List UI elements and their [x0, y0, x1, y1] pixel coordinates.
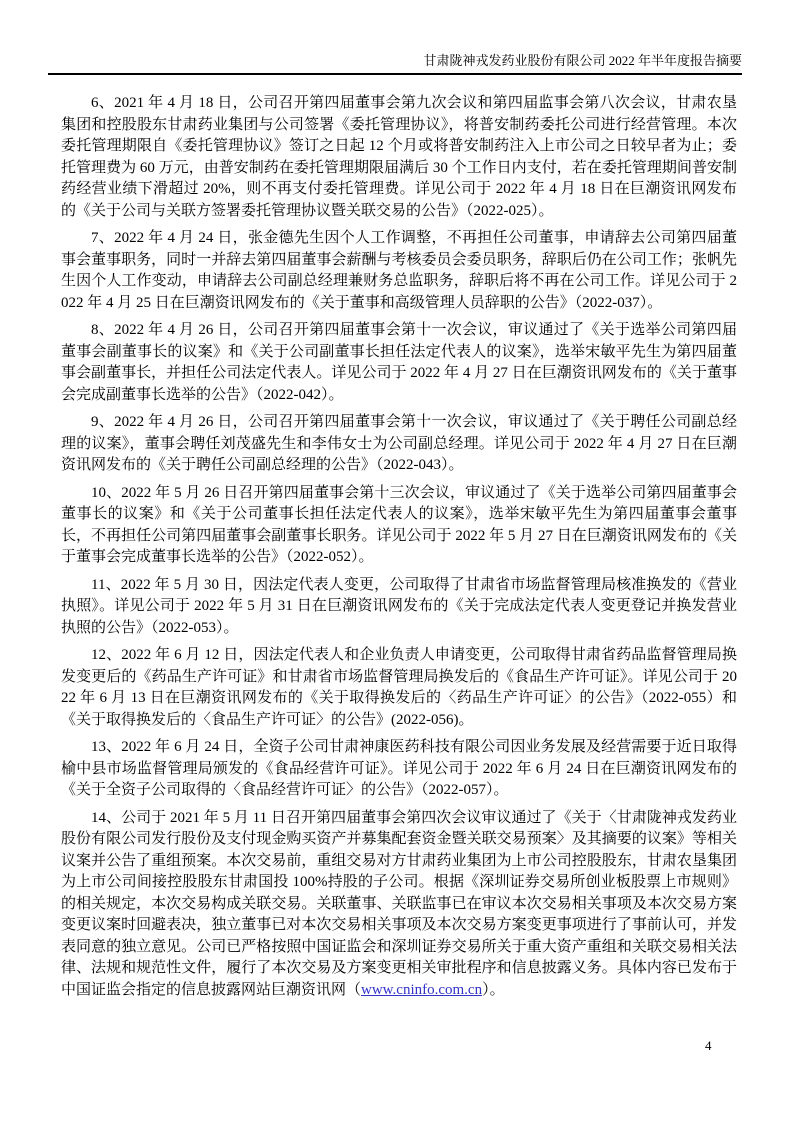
paragraph-14-closing: ）。 [482, 982, 505, 998]
document-body: 6、2021 年 4 月 18 日，公司召开第四届董事会第九次会议和第四届监事会… [61, 93, 737, 1007]
paragraph-10: 10、2022 年 5 月 26 日召开第四届董事会第十三次会议，审议通过了《关… [61, 483, 737, 569]
paragraph-12: 12、2022 年 6 月 12 日，因法定代表人和企业负责人申请变更，公司取得… [61, 645, 737, 731]
paragraph-14-text: 14、公司于 2021 年 5 月 11 日召开第四届董事会第四次会议审议通过了… [61, 810, 737, 998]
paragraph-14: 14、公司于 2021 年 5 月 11 日召开第四届董事会第四次会议审议通过了… [61, 808, 737, 1002]
page-header: 甘肃陇神戎发药业股份有限公司 2022 年半年度报告摘要 [48, 53, 742, 69]
header-divider [48, 73, 742, 75]
report-page: 甘肃陇神戎发药业股份有限公司 2022 年半年度报告摘要 6、2021 年 4 … [0, 0, 793, 1122]
header-title: 甘肃陇神戎发药业股份有限公司 2022 年半年度报告摘要 [423, 53, 742, 68]
page-number: 4 [705, 1038, 712, 1054]
paragraph-9: 9、2022 年 4 月 26 日，公司召开第四届董事会第十一次会议，审议通过了… [61, 412, 737, 477]
paragraph-6: 6、2021 年 4 月 18 日，公司召开第四届董事会第九次会议和第四届监事会… [61, 93, 737, 222]
paragraph-7: 7、2022 年 4 月 24 日，张金德先生因个人工作调整，不再担任公司董事，… [61, 228, 737, 314]
paragraph-8: 8、2022 年 4 月 26 日，公司召开第四届董事会第十一次会议，审议通过了… [61, 320, 737, 406]
paragraph-11: 11、2022 年 5 月 30 日，因法定代表人变更，公司取得了甘肃省市场监督… [61, 575, 737, 640]
cninfo-link[interactable]: www.cninfo.com.cn [361, 982, 482, 998]
paragraph-13: 13、2022 年 6 月 24 日，全资子公司甘肃神康医药科技有限公司因业务发… [61, 737, 737, 802]
